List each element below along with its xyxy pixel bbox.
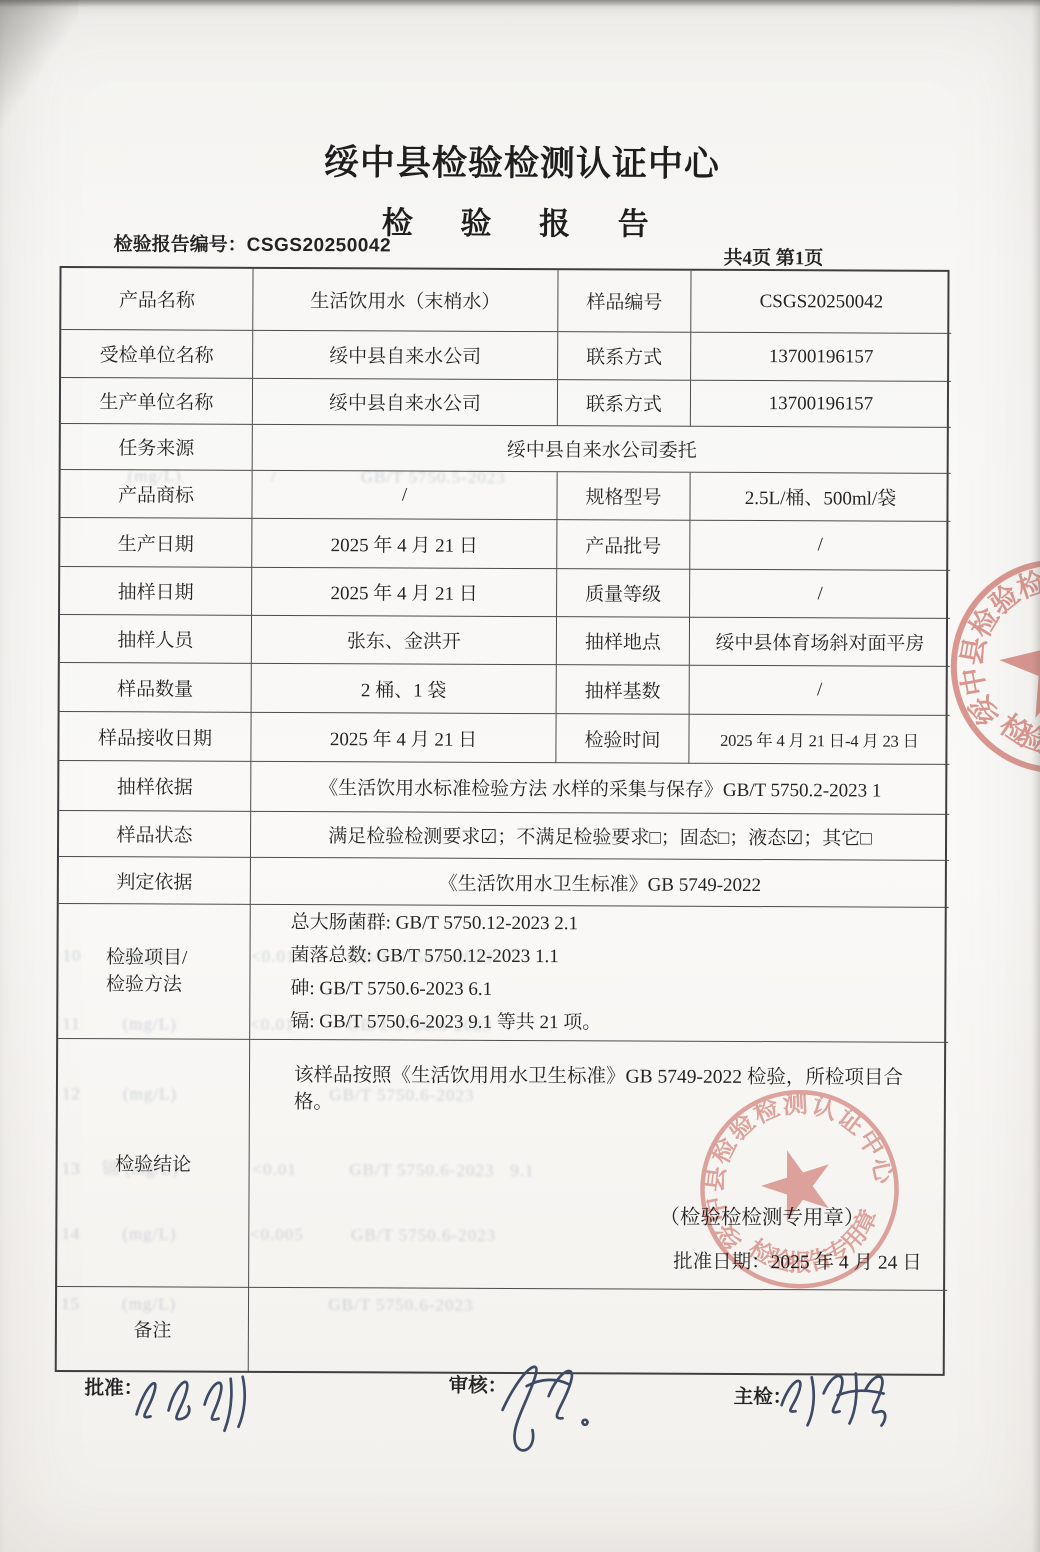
inspector-signature: [771, 1359, 921, 1445]
value-test-time: 2025 年 4 月 21 日-4 月 23 日: [689, 715, 949, 765]
value-test-items: 总大肠菌群: GB/T 5750.12-2023 2.1 菌落总数: GB/T …: [250, 905, 949, 1043]
approver-signature: [124, 1364, 274, 1445]
report-number-value: CSGS20250042: [247, 235, 391, 257]
label-sampling-basis: 抽样依据: [59, 761, 251, 812]
label-quality-grade: 质量等级: [557, 569, 690, 618]
method-line: 菌落总数: GB/T 5750.12-2023 1.1: [290, 939, 558, 973]
value-sample-quantity: 2 桶、1 袋: [252, 664, 557, 714]
value-sample-state: 满足检验检测要求☑；不满足检验要求□；固态□；液态☑；其它□: [251, 812, 949, 861]
label-product-name: 产品名称: [61, 268, 253, 331]
seal-star: [753, 1140, 842, 1226]
value-spec-model: 2.5L/桶、500ml/袋: [690, 473, 950, 522]
label-spec-model: 规格型号: [557, 472, 690, 521]
label-receive-date: 样品接收日期: [59, 712, 251, 762]
page-info: 共4页 第1页: [724, 243, 824, 270]
label-producer-unit: 生产单位名称: [61, 378, 253, 425]
method-line: 砷: GB/T 5750.6-2023 6.1: [290, 972, 492, 1006]
svg-text:绥中县检验检测认证中心: 绥中县检验检测认证中心: [935, 543, 1040, 732]
scan-right-edge-shadow: [1031, 0, 1040, 1552]
value-receive-date: 2025 年 4 月 21 日: [251, 713, 556, 763]
reviewer-signature: [486, 1352, 626, 1463]
value-sampling-base: /: [690, 666, 950, 716]
label-test-items-line1: 检验项目/: [106, 944, 202, 971]
scan-corner-shadow: [0, 0, 78, 130]
value-trademark: /: [252, 471, 557, 520]
label-sampling-personnel: 抽样人员: [60, 615, 252, 664]
label-test-time: 检验时间: [556, 714, 689, 764]
label-inspected-unit: 受检单位名称: [61, 330, 253, 379]
value-judgment-basis: 《生活饮用水卫生标准》GB 5749-2022: [251, 858, 949, 908]
label-trademark: 产品商标: [60, 470, 252, 519]
value-producer-unit: 绥中县自来水公司: [253, 379, 558, 426]
value-contact-2: 13700196157: [691, 381, 951, 428]
value-sample-number: CSGS20250042: [691, 271, 951, 334]
label-contact-1: 联系方式: [558, 332, 691, 381]
label-sample-number: 样品编号: [558, 270, 691, 333]
label-test-items-line2: 检验方法: [106, 971, 202, 998]
label-task-source: 任务来源: [61, 424, 253, 471]
label-batch-number: 产品批号: [557, 520, 690, 570]
value-production-date: 2025 年 4 月 21 日: [252, 519, 557, 569]
label-contact-2: 联系方式: [558, 380, 691, 427]
label-sample-state: 样品状态: [59, 811, 251, 858]
page-content: (mg/L) / GB/T 5750.5-2023 10 (mg/L) <0.0…: [0, 0, 1040, 1552]
value-batch-number: /: [690, 521, 950, 571]
value-task-source: 绥中县自来水公司委托: [253, 425, 951, 474]
label-judgment-basis: 判定依据: [59, 857, 251, 905]
label-sampling-base: 抽样基数: [557, 665, 690, 715]
report-number-line: 检验报告编号：CSGS20250042: [114, 229, 392, 257]
label-production-date: 生产日期: [60, 518, 252, 568]
seal-org-text: 绥中县检验检测认证中心: [935, 543, 1040, 732]
label-sampling-location: 抽样地点: [557, 617, 690, 666]
label-conclusion: 检验结论: [57, 1039, 250, 1288]
method-line: 镉: GB/T 5750.6-2023 9.1 等共 21 项。: [290, 1005, 601, 1039]
value-sampling-location: 绥中县体育场斜对面平房: [690, 618, 950, 667]
scanned-report-page: (mg/L) / GB/T 5750.5-2023 10 (mg/L) <0.0…: [0, 0, 1040, 1552]
value-product-name: 生活饮用水（末梢水）: [253, 269, 558, 332]
value-sampling-date: 2025 年 4 月 21 日: [252, 568, 557, 617]
label-test-items: 检验项目/ 检验方法: [58, 904, 251, 1040]
scan-top-edge-shadow: [0, 0, 1040, 7]
value-sampling-personnel: 张东、金洪开: [252, 616, 557, 665]
label-sample-quantity: 样品数量: [60, 663, 252, 713]
value-contact-1: 13700196157: [691, 333, 951, 382]
label-sampling-date: 抽样日期: [60, 567, 252, 616]
method-line: 总大肠菌群: GB/T 5750.12-2023 2.1: [291, 906, 578, 940]
value-sampling-basis: 《生活饮用水标准检验方法 水样的采集与保存》GB/T 5750.2-2023 1: [251, 762, 949, 815]
label-remarks: 备注: [57, 1287, 249, 1371]
report-number-label: 检验报告编号：: [114, 234, 247, 256]
value-quality-grade: /: [690, 570, 950, 619]
value-inspected-unit: 绥中县自来水公司: [253, 331, 558, 380]
org-title: 绥中县检验检测认证中心: [2, 134, 1040, 189]
